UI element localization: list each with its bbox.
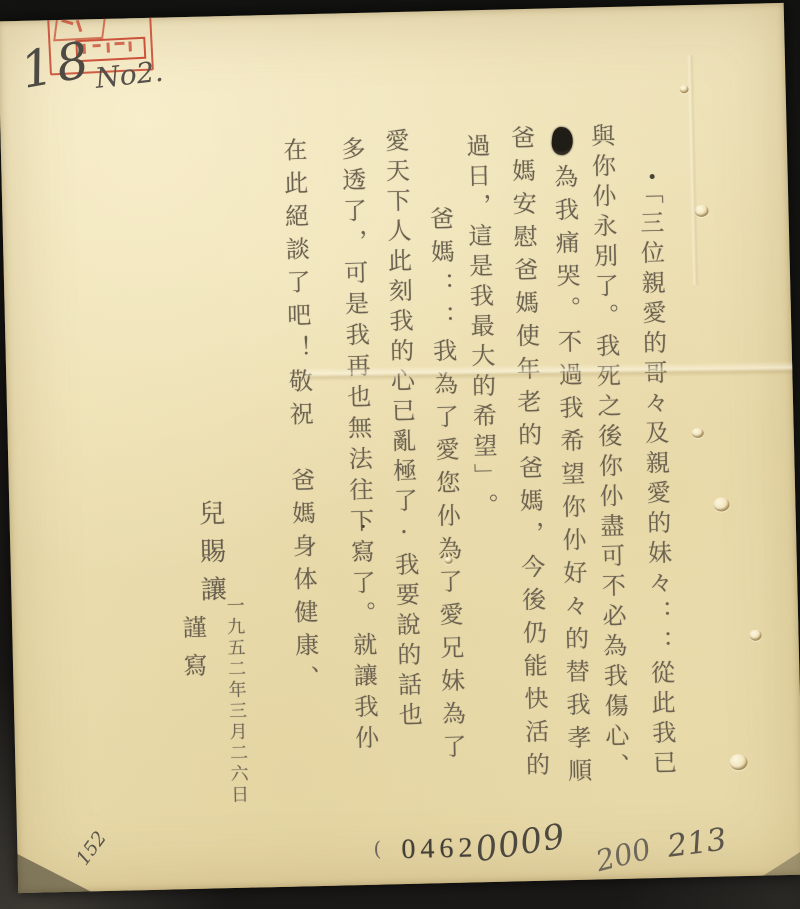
letter-column-4: 爸媽安慰爸媽使年老的爸媽，今後仍能快活的 <box>508 125 548 785</box>
letter-column-9: 在此絕談了吧！敬祝 爸媽身体健康、 <box>281 137 318 698</box>
pencil-number-152: 152 <box>72 827 111 869</box>
fold-crease-vertical <box>687 55 699 285</box>
scanned-letter-page: 18 No2. ﹁三位親愛的哥々及親愛的妹々：：從此我已 與你仦永別了。我死之後… <box>0 3 800 893</box>
censor-blob <box>550 126 574 156</box>
letter-column-3: 為我痛哭。不過我希望你仦好々的替我孝順 <box>551 164 590 791</box>
letter-column-2: 與你仦永別了。我死之後你仦盡可不必為我傷心、 <box>588 123 628 783</box>
red-stamp-mark <box>106 43 109 53</box>
ink-dot <box>650 174 655 179</box>
page-label: No2. <box>94 55 165 95</box>
red-stamp-mark <box>114 42 124 45</box>
letter-column-8: 多透了，可是我再也無法往下寫了。就讓我仦 <box>339 136 378 756</box>
letter-column-7: 愛天下人此刻我的心已亂極了·我要說的話也 <box>382 128 420 732</box>
corner-number: 18 <box>16 30 97 100</box>
red-stamp-mark <box>93 44 101 47</box>
handwritten-number: 0009 <box>473 816 569 870</box>
pencil-number-213: 213 <box>665 821 728 864</box>
signature-name: 兒賜讓 <box>196 499 225 614</box>
paper-damage-speck <box>729 754 747 770</box>
signature-closing: 謹寫 <box>180 615 206 692</box>
red-stamp-mark <box>128 41 131 51</box>
paren-mark: ( <box>373 837 381 861</box>
corner-fold-bottom-right <box>759 837 800 878</box>
signature-date: 一九五二年三月二六日 <box>224 596 247 806</box>
letter-column-6: 爸媽：：我為了愛您仦為了愛兄妹為了 <box>427 206 464 767</box>
paper-damage-speck <box>749 630 761 641</box>
ink-dot <box>362 525 365 528</box>
paper-damage-speck <box>692 428 704 438</box>
pencil-number-200: 200 <box>592 832 654 879</box>
letter-column-5: 過日，這是我最大的希望﹂。 <box>464 133 497 523</box>
paper-damage-speck <box>713 497 729 511</box>
stamped-number: 0462 <box>401 832 478 866</box>
letter-column-1: ﹁三位親愛的哥々及親愛的妹々：：從此我已 <box>637 180 675 780</box>
fold-crease-horizontal <box>306 361 794 381</box>
